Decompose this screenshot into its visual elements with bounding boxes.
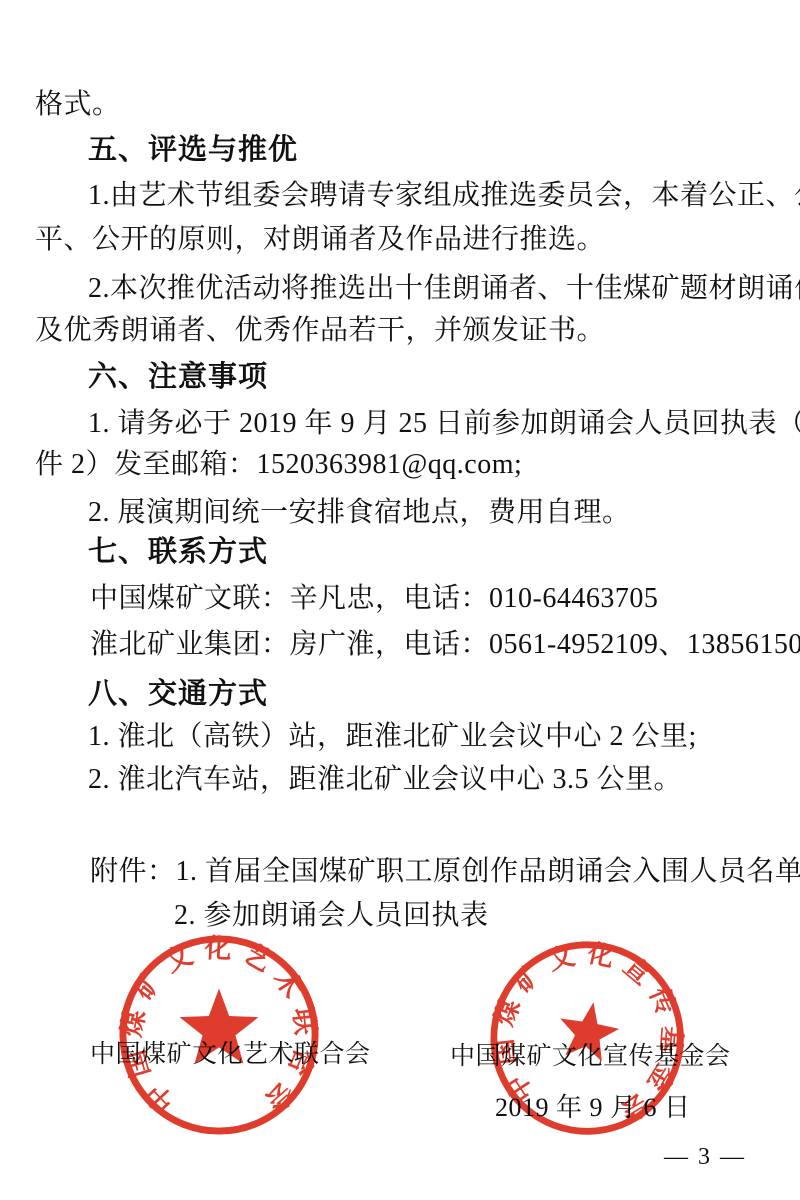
- doc-line-sec6-p2: 2. 展演期间统一安排食宿地点，费用自理。: [88, 491, 631, 535]
- doc-line-sec5-p1b: 平、公开的原则，对朗诵者及作品进行推选。: [35, 218, 605, 262]
- doc-line-traffic-1: 1. 淮北（高铁）站，距淮北矿业会议中心 2 公里;: [88, 715, 697, 759]
- star-icon: [179, 988, 258, 1063]
- section-heading-7: 七、联系方式: [88, 530, 268, 574]
- document-page: 格式。 五、评选与推优 1.由艺术节组委会聘请专家组成推选委员会，本着公正、公 …: [0, 0, 800, 1200]
- doc-line-sec5-p2b: 及优秀朗诵者、优秀作品若干，并颁发证书。: [35, 309, 605, 353]
- doc-line-sec6-p1b-email: 件 2）发至邮箱：1520363981@qq.com;: [35, 443, 522, 487]
- doc-line-sec6-p1a: 1. 请务必于 2019 年 9 月 25 日前参加朗诵会人员回执表（附: [88, 402, 800, 446]
- doc-line-traffic-2: 2. 淮北汽车站，距淮北矿业会议中心 3.5 公里。: [88, 758, 682, 802]
- official-seal-left: 中国煤矿文化艺术联合会: [114, 932, 324, 1140]
- official-seal-right: 中国煤矿文化宣传基金会: [470, 920, 705, 1158]
- doc-line-sec5-p2a: 2.本次推优活动将推选出十佳朗诵者、十佳煤矿题材朗诵作品: [88, 267, 800, 311]
- doc-line-sec5-p1a: 1.由艺术节组委会聘请专家组成推选委员会，本着公正、公: [88, 174, 800, 218]
- section-heading-5: 五、评选与推优: [88, 128, 298, 172]
- doc-line-geshi: 格式。: [35, 83, 121, 127]
- doc-line-contact-huaibei: 淮北矿业集团：房广淮，电话：0561-4952109、13856150079: [90, 623, 800, 667]
- section-heading-8: 八、交通方式: [88, 672, 268, 716]
- doc-line-attachment-1: 附件：1. 首届全国煤矿职工原创作品朗诵会入围人员名单: [90, 850, 800, 894]
- star-icon: [554, 997, 623, 1064]
- doc-line-contact-wenlian: 中国煤矿文联：辛凡忠，电话：010-64463705: [90, 577, 658, 621]
- section-heading-6: 六、注意事项: [88, 355, 268, 399]
